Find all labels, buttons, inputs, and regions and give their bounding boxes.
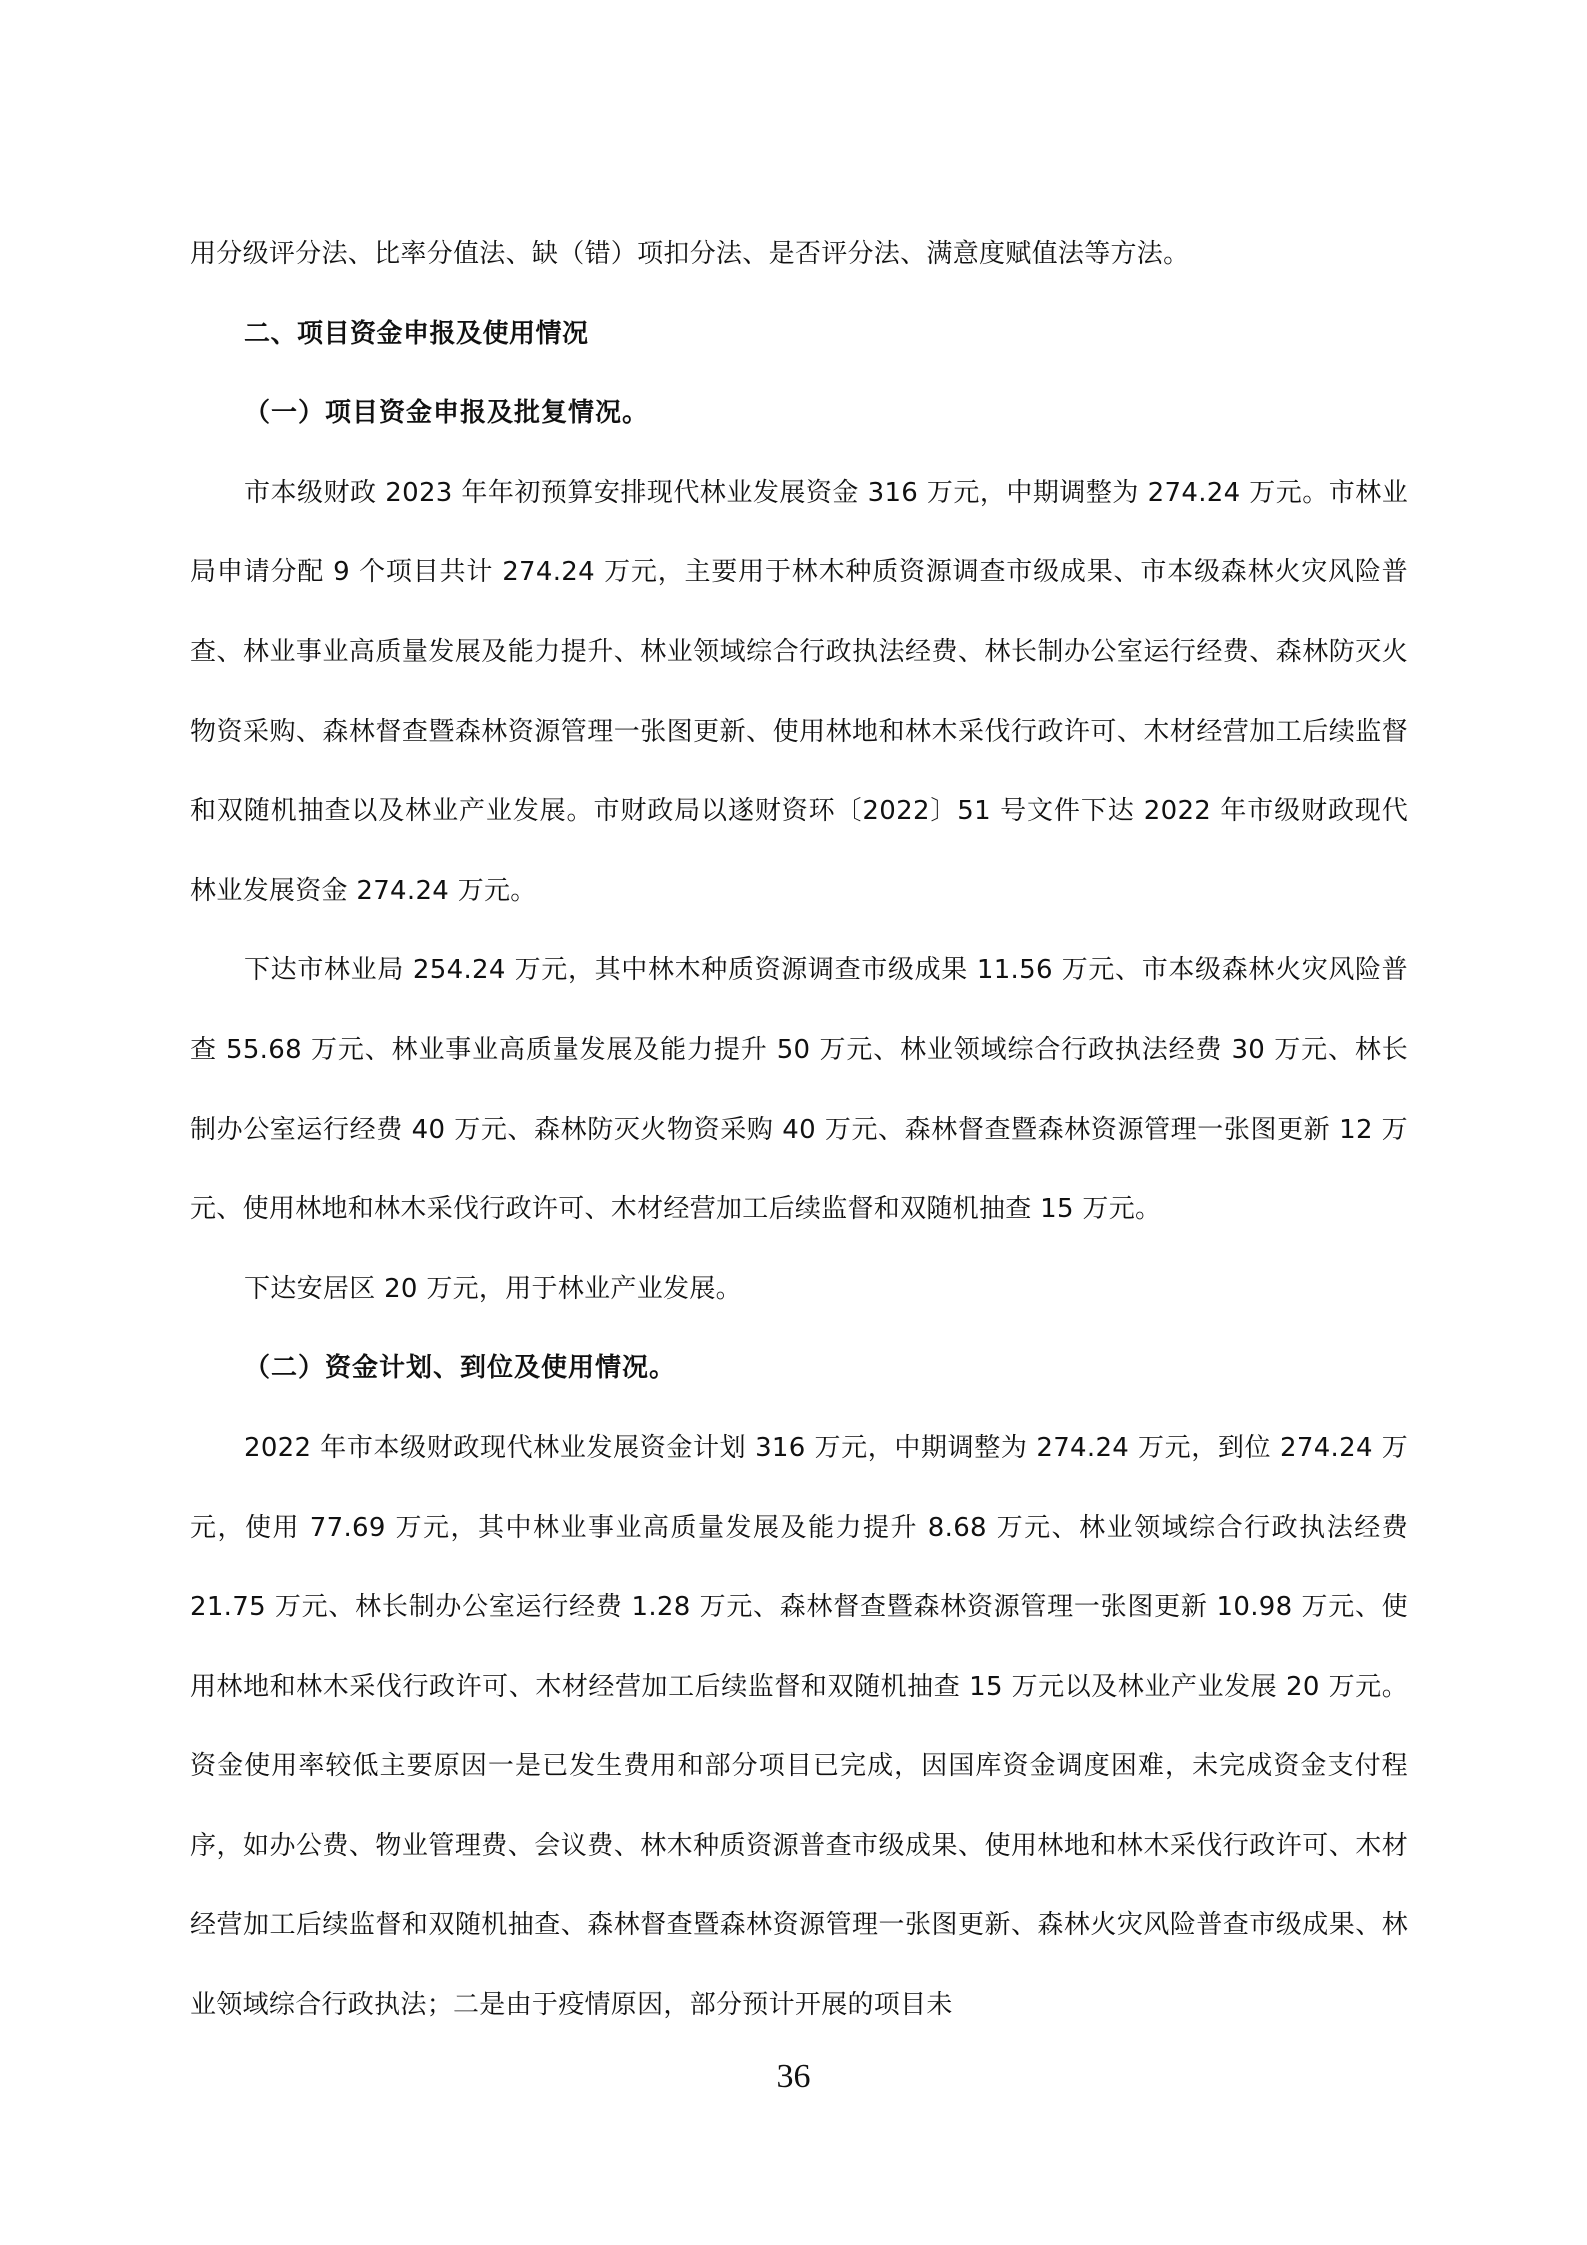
subsection-heading-usage: （二）资金计划、到位及使用情况。 xyxy=(190,1329,1408,1409)
paragraph-method-continued: 用分级评分法、比率分值法、缺（错）项扣分法、是否评分法、满意度赋值法等方法。 xyxy=(190,215,1408,295)
page-number: 36 xyxy=(0,2058,1587,2096)
document-page: 用分级评分法、比率分值法、缺（错）项扣分法、是否评分法、满意度赋值法等方法。 二… xyxy=(0,0,1587,2245)
paragraph-budget-allocation: 市本级财政 2023 年年初预算安排现代林业发展资金 316 万元，中期调整为 … xyxy=(190,454,1408,932)
paragraph-anju-district: 下达安居区 20 万元，用于林业产业发展。 xyxy=(190,1250,1408,1330)
page-content: 用分级评分法、比率分值法、缺（错）项扣分法、是否评分法、满意度赋值法等方法。 二… xyxy=(190,215,1408,2046)
paragraph-forestry-bureau-breakdown: 下达市林业局 254.24 万元，其中林木种质资源调查市级成果 11.56 万元… xyxy=(190,931,1408,1249)
paragraph-usage-details: 2022 年市本级财政现代林业发展资金计划 316 万元，中期调整为 274.2… xyxy=(190,1409,1408,2046)
section-heading-funding: 二、项目资金申报及使用情况 xyxy=(190,295,1408,375)
subsection-heading-application: （一）项目资金申报及批复情况。 xyxy=(190,374,1408,454)
